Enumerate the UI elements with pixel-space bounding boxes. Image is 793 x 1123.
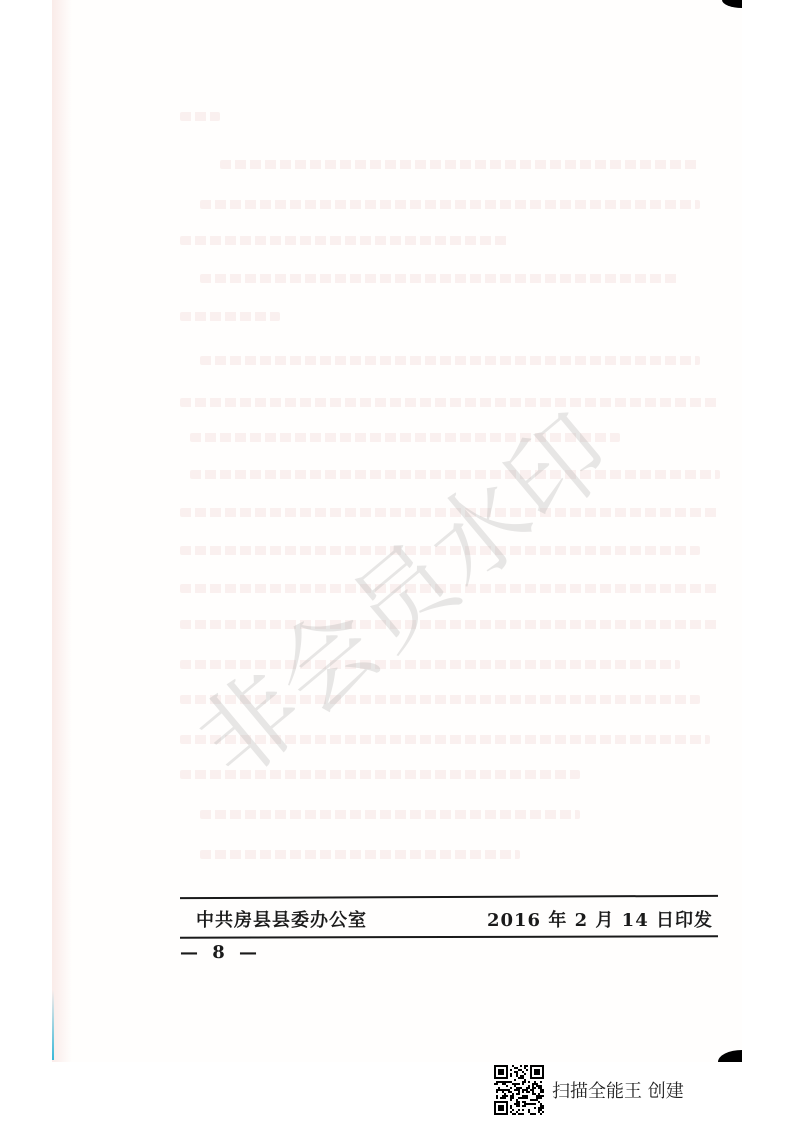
page-edge-accent [52, 990, 54, 1060]
page-number: — 8 — [180, 942, 261, 963]
scanner-credit-text: 扫描全能王 创建 [552, 1077, 684, 1103]
scanner-badge: 扫描全能王 创建 [494, 1063, 684, 1117]
qr-code-icon [494, 1065, 544, 1115]
issuer-name: 中共房县县委办公室 [196, 906, 367, 932]
page-spine-shadow [52, 0, 72, 1062]
issue-date: 2016 年 2 月 14 日印发 [487, 906, 713, 932]
